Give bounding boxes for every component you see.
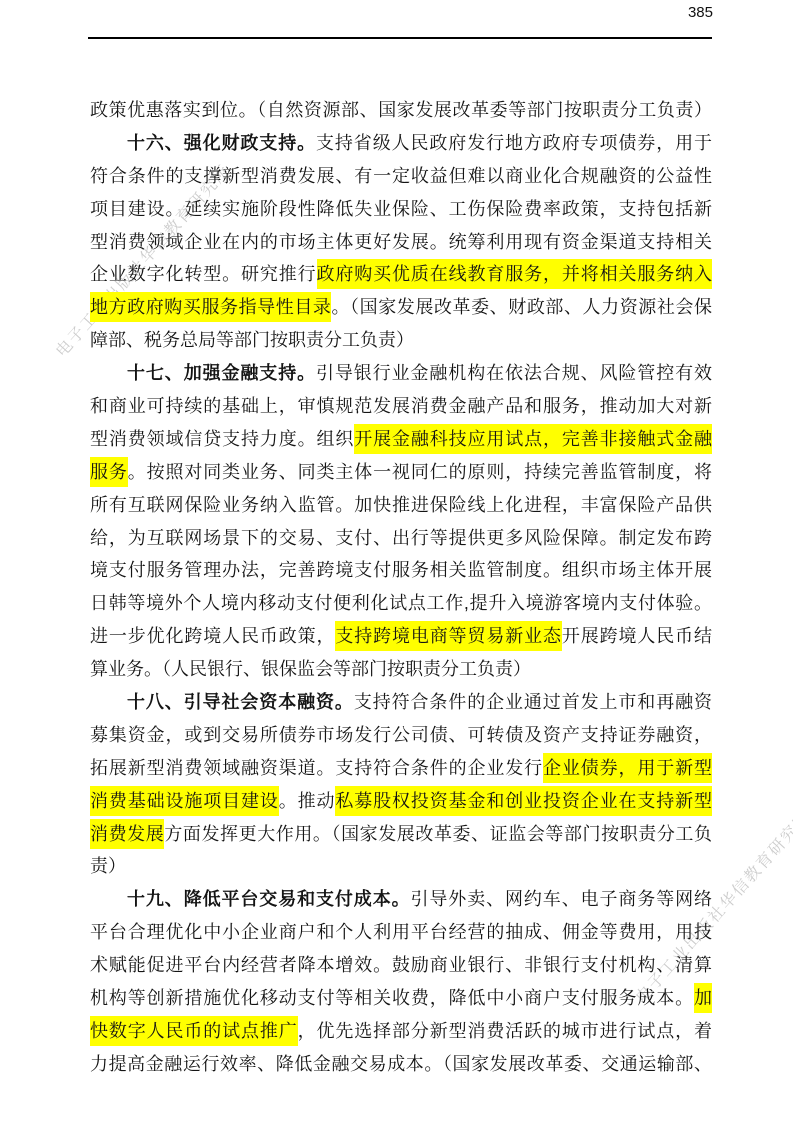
text-run: 机构等创新措施优化移动支付等相关收费，降低中小商户支付服务成本。 (90, 988, 694, 1008)
text-run: 进一步优化跨境人民币政策， (90, 626, 335, 646)
text-line: 给，为互联网场景下的交易、支付、出行等提供更多风险保障。制定发布跨 (90, 522, 712, 555)
text-run: 企业数字化转型。研究推行 (90, 264, 317, 284)
text-run: 符合条件的支撑新型消费发展、有一定收益但难以商业化合规融资的公益性 (90, 166, 712, 186)
text-run: 募集资金，或到交易所债券市场发行公司债、可转债及资产支持证券融资， (90, 725, 712, 745)
text-line: 型消费领域信贷支持力度。组织开展金融科技应用试点，完善非接触式金融 (90, 423, 712, 456)
text-line: 地方政府购买服务指导性目录。（国家发展改革委、财政部、人力资源社会保 (90, 291, 712, 324)
highlighted-text: 地方政府购买服务指导性目录 (90, 292, 331, 322)
text-line: 障部、税务总局等部门按职责分工负责） (90, 324, 712, 357)
text-line: 消费发展方面发挥更大作用。（国家发展改革委、证监会等部门按职责分工负 (90, 818, 712, 851)
text-run: 术赋能促进平台内经营者降本增效。鼓励商业银行、非银行支付机构、清算 (90, 955, 712, 975)
text-line: 服务。按照对同类业务、同类主体一视同仁的原则，持续完善监管制度，将 (90, 456, 712, 489)
text-run: 政策优惠落实到位。（自然资源部、国家发展改革委等部门按职责分工负责） (90, 100, 712, 120)
header-divider-rule (88, 37, 712, 39)
text-run: 项目建设。延续实施阶段性降低失业保险、工伤保险费率政策，支持包括新 (90, 199, 712, 219)
document-content: 政策优惠落实到位。（自然资源部、国家发展改革委等部门按职责分工负责）十六、强化财… (90, 94, 712, 1081)
text-run: 境支付服务管理办法，完善跨境支付服务相关监管制度。组织市场主体开展 (90, 560, 712, 580)
text-line: 日韩等境外个人境内移动支付便利化试点工作,提升入境游客境内支付体验。 (90, 587, 712, 620)
text-line: 十八、引导社会资本融资。支持符合条件的企业通过首发上市和再融资 (90, 686, 712, 719)
text-run: 障部、税务总局等部门按职责分工负责） (90, 330, 414, 350)
text-line: 责） (90, 850, 712, 883)
text-run: 平台合理优化中小企业商户和个人利用平台经营的抽成、佣金等费用，用技 (90, 922, 712, 942)
text-line: 快数字人民币的试点推广，优先选择部分新型消费活跃的城市进行试点，着 (90, 1015, 712, 1048)
text-run: 引导银行业金融机构在依法合规、风险管控有效 (316, 363, 712, 383)
text-line: 算业务。（人民银行、银保监会等部门按职责分工负责） (90, 653, 712, 686)
text-line: 政策优惠落实到位。（自然资源部、国家发展改革委等部门按职责分工负责） (90, 94, 712, 127)
text-run: 支持符合条件的企业通过首发上市和再融资 (354, 692, 712, 712)
text-run: 支持省级人民政府发行地方政府专项债券，用于 (316, 133, 712, 153)
text-line: 所有互联网保险业务纳入监管。加快推进保险线上化进程，丰富保险产品供 (90, 489, 712, 522)
text-run: 型消费领域企业在内的市场主体更好发展。统筹利用现有资金渠道支持相关 (90, 232, 712, 252)
text-line: 平台合理优化中小企业商户和个人利用平台经营的抽成、佣金等费用，用技 (90, 916, 712, 949)
section-heading: 十七、加强金融支持。 (127, 363, 316, 383)
text-run: 。（国家发展改革委、财政部、人力资源社会保 (331, 297, 712, 317)
text-run: 开展跨境人民币结 (562, 626, 712, 646)
text-run: 算业务。（人民银行、银保监会等部门按职责分工负责） (90, 659, 531, 679)
text-line: 型消费领域企业在内的市场主体更好发展。统筹利用现有资金渠道支持相关 (90, 226, 712, 259)
highlighted-text: 服务 (90, 457, 128, 487)
text-line: 十七、加强金融支持。引导银行业金融机构在依法合规、风险管控有效 (90, 357, 712, 390)
text-run: 方面发挥更大作用。（国家发展改革委、证监会等部门按职责分工负 (164, 824, 712, 844)
text-run: 型消费领域信贷支持力度。组织 (90, 429, 354, 449)
text-run: 拓展新型消费领域融资渠道。支持符合条件的企业发行 (90, 758, 543, 778)
highlighted-text: 支持跨境电商等贸易新业态 (335, 621, 562, 651)
highlighted-text: 消费发展 (90, 819, 164, 849)
text-line: 项目建设。延续实施阶段性降低失业保险、工伤保险费率政策，支持包括新 (90, 193, 712, 226)
highlighted-text: 政府购买优质在线教育服务，并将相关服务纳入 (317, 259, 713, 289)
highlighted-text: 消费基础设施项目建设 (90, 786, 279, 816)
text-line: 进一步优化跨境人民币政策，支持跨境电商等贸易新业态开展跨境人民币结 (90, 620, 712, 653)
text-run: 和商业可持续的基础上，审慎规范发展消费金融产品和服务，推动加大对新 (90, 396, 712, 416)
text-line: 机构等创新措施优化移动支付等相关收费，降低中小商户支付服务成本。加 (90, 982, 712, 1015)
page-number: 385 (688, 4, 713, 21)
text-line: 十六、强化财政支持。支持省级人民政府发行地方政府专项债券，用于 (90, 127, 712, 160)
text-line: 企业数字化转型。研究推行政府购买优质在线教育服务，并将相关服务纳入 (90, 258, 712, 291)
text-line: 术赋能促进平台内经营者降本增效。鼓励商业银行、非银行支付机构、清算 (90, 949, 712, 982)
text-line: 募集资金，或到交易所债券市场发行公司债、可转债及资产支持证券融资， (90, 719, 712, 752)
text-line: 符合条件的支撑新型消费发展、有一定收益但难以商业化合规融资的公益性 (90, 160, 712, 193)
text-run: 所有互联网保险业务纳入监管。加快推进保险线上化进程，丰富保险产品供 (90, 495, 712, 515)
text-line: 十九、降低平台交易和支付成本。引导外卖、网约车、电子商务等网络 (90, 883, 712, 916)
text-run: 。推动 (279, 791, 336, 811)
text-run: 责） (90, 856, 126, 876)
highlighted-text: 快数字人民币的试点推广 (90, 1016, 298, 1046)
section-heading: 十九、降低平台交易和支付成本。 (127, 889, 411, 909)
text-line: 力提高金融运行效率、降低金融交易成本。（国家发展改革委、交通运输部、 (90, 1048, 712, 1081)
text-line: 境支付服务管理办法，完善跨境支付服务相关监管制度。组织市场主体开展 (90, 554, 712, 587)
highlighted-text: 私募股权投资基金和创业投资企业在支持新型 (335, 786, 712, 816)
text-line: 和商业可持续的基础上，审慎规范发展消费金融产品和服务，推动加大对新 (90, 390, 712, 423)
text-line: 拓展新型消费领域融资渠道。支持符合条件的企业发行企业债券，用于新型 (90, 752, 712, 785)
text-run: 引导外卖、网约车、电子商务等网络 (411, 889, 713, 909)
highlighted-text: 企业债券，用于新型 (543, 753, 712, 783)
section-heading: 十八、引导社会资本融资。 (127, 692, 354, 712)
text-run: 给，为互联网场景下的交易、支付、出行等提供更多风险保障。制定发布跨 (90, 528, 712, 548)
highlighted-text: 加 (694, 983, 712, 1013)
section-heading: 十六、强化财政支持。 (127, 133, 316, 153)
text-run: 。按照对同类业务、同类主体一视同仁的原则，持续完善监管制度，将 (128, 462, 712, 482)
text-run: ，优先选择部分新型消费活跃的城市进行试点，着 (298, 1021, 712, 1041)
text-run: 力提高金融运行效率、降低金融交易成本。（国家发展改革委、交通运输部、 (90, 1054, 712, 1074)
text-line: 消费基础设施项目建设。推动私募股权投资基金和创业投资企业在支持新型 (90, 785, 712, 818)
highlighted-text: 开展金融科技应用试点，完善非接触式金融 (354, 424, 712, 454)
text-run: 日韩等境外个人境内移动支付便利化试点工作,提升入境游客境内支付体验。 (90, 593, 712, 613)
